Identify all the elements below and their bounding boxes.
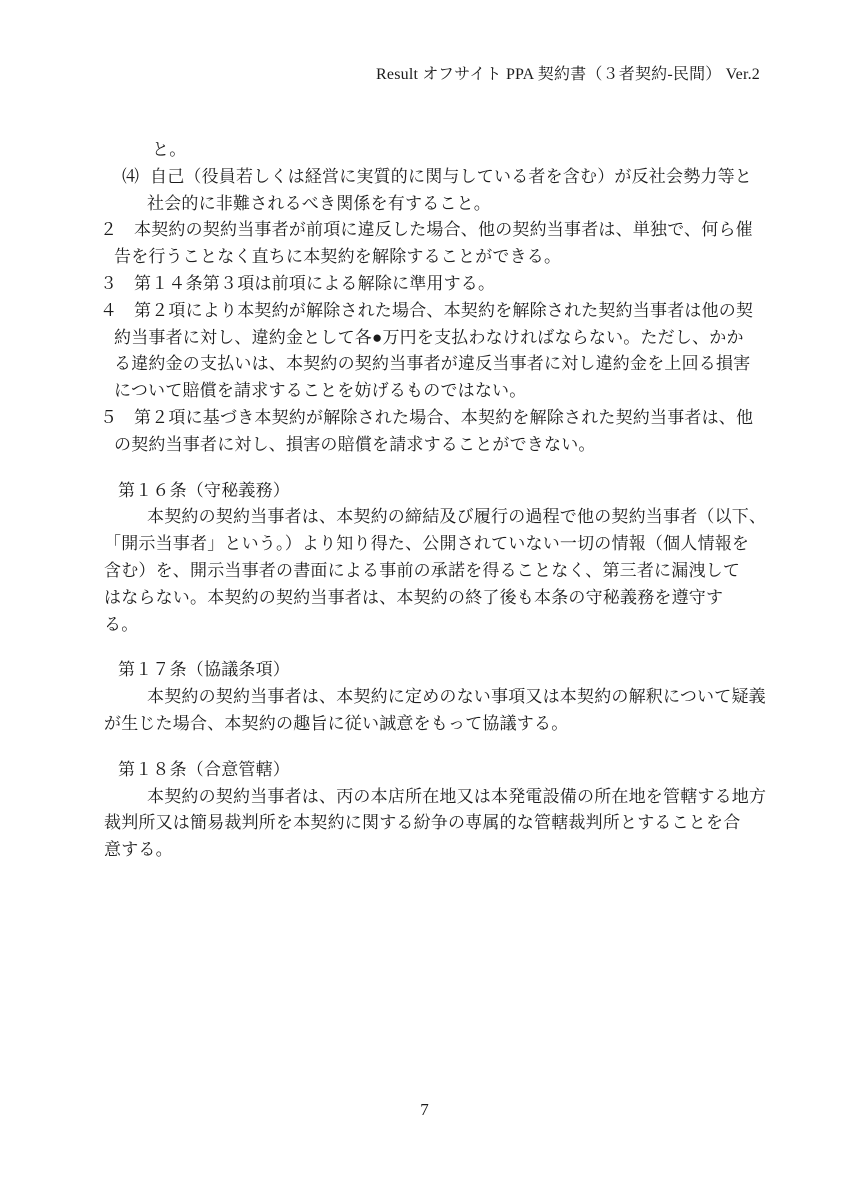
text-line: 意する。 [100, 837, 800, 864]
text-line: が生じた場合、本契約の趣旨に従い誠意をもって協議する。 [100, 711, 800, 738]
line-text: 告を行うことなく直ちに本契約を解除することができる。 [114, 247, 561, 266]
line-text: る違約金の支払いは、本契約の契約当事者が違反当事者に対し違約金を上回る損害 [114, 354, 750, 373]
document-body: と。⑷自己（役員若しくは経営に実質的に関与している者を含む）が反社会勢力等と社会… [100, 137, 800, 864]
line-text: 第２項に基づき本契約が解除された場合、本契約を解除された契約当事者は、他 [134, 408, 753, 427]
item-number: ⑷ [122, 164, 150, 191]
document-page: Result オフサイト PPA 契約書（３者契約-民間） Ver.2 と。⑷自… [0, 0, 849, 1200]
line-text: 約当事者に対し、違約金として各●万円を支払わなければならない。ただし、かか [114, 328, 744, 347]
text-line: と。 [100, 137, 800, 164]
text-line: 社会的に非難されるべき関係を有すること。 [100, 191, 800, 218]
text-line: はならない。本契約の契約当事者は、本契約の終了後も本条の守秘義務を遵守す [100, 585, 800, 612]
line-text: 自己（役員若しくは経営に実質的に関与している者を含む）が反社会勢力等と [150, 167, 752, 186]
text-line: 本契約の契約当事者は、丙の本店所在地又は本発電設備の所在地を管轄する地方 [100, 784, 800, 811]
text-line: 「開示当事者」という。）より知り得た、公開されていない一切の情報（個人情報を [100, 531, 800, 558]
document-header-title: Result オフサイト PPA 契約書（３者契約-民間） Ver.2 [0, 61, 760, 84]
line-text: の契約当事者に対し、損害の賠償を請求することができない。 [114, 435, 596, 454]
text-line: 本契約の契約当事者は、本契約に定めのない事項又は本契約の解釈について疑義 [100, 684, 800, 711]
line-text: 社会的に非難されるべき関係を有すること。 [147, 194, 491, 213]
line-text: 裁判所又は簡易裁判所を本契約に関する紛争の専属的な管轄裁判所とすることを合 [104, 813, 740, 832]
text-line: ４第２項により本契約が解除された場合、本契約を解除された契約当事者は他の契 [100, 298, 800, 325]
line-text: 本契約の契約当事者が前項に違反した場合、他の契約当事者は、単独で、何ら催 [134, 220, 753, 239]
text-line: ５第２項に基づき本契約が解除された場合、本契約を解除された契約当事者は、他 [100, 405, 800, 432]
line-text: 本契約の契約当事者は、本契約に定めのない事項又は本契約の解釈について疑義 [147, 687, 766, 706]
text-line: の契約当事者に対し、損害の賠償を請求することができない。 [100, 432, 800, 459]
line-text: について賠償を請求することを妨げるものではない。 [114, 381, 526, 400]
article-title: 第１６条（守秘義務） [100, 478, 800, 505]
line-text: 意する。 [104, 840, 173, 859]
article-title: 第１８条（合意管轄） [100, 757, 800, 784]
item-number: ４ [100, 298, 134, 325]
line-text: が生じた場合、本契約の趣旨に従い誠意をもって協議する。 [104, 714, 568, 733]
clause-15-continuation: と。⑷自己（役員若しくは経営に実質的に関与している者を含む）が反社会勢力等と社会… [100, 137, 800, 459]
text-line: る違約金の支払いは、本契約の契約当事者が違反当事者に対し違約金を上回る損害 [100, 351, 800, 378]
text-line: る。 [100, 612, 800, 639]
item-number: ２ [100, 217, 134, 244]
article-17-consultation: 第１７条（協議条項）本契約の契約当事者は、本契約に定めのない事項又は本契約の解釈… [100, 657, 800, 737]
item-number: ３ [100, 271, 134, 298]
text-line: ⑷自己（役員若しくは経営に実質的に関与している者を含む）が反社会勢力等と [100, 164, 800, 191]
text-line: 本契約の契約当事者は、本契約の締結及び履行の過程で他の契約当事者（以下、 [100, 504, 800, 531]
line-text: と。 [152, 140, 186, 159]
text-line: 含む）を、開示当事者の書面による事前の承諾を得ることなく、第三者に漏洩して [100, 558, 800, 585]
text-line: ２本契約の契約当事者が前項に違反した場合、他の契約当事者は、単独で、何ら催 [100, 217, 800, 244]
item-number: ５ [100, 405, 134, 432]
line-text: 本契約の契約当事者は、本契約の締結及び履行の過程で他の契約当事者（以下、 [147, 507, 766, 526]
page-number: 7 [0, 1100, 849, 1120]
line-text: 含む）を、開示当事者の書面による事前の承諾を得ることなく、第三者に漏洩して [104, 561, 740, 580]
line-text: 「開示当事者」という。）より知り得た、公開されていない一切の情報（個人情報を [104, 534, 749, 553]
line-text: はならない。本契約の契約当事者は、本契約の終了後も本条の守秘義務を遵守す [104, 588, 723, 607]
article-title: 第１７条（協議条項） [100, 657, 800, 684]
text-line: 約当事者に対し、違約金として各●万円を支払わなければならない。ただし、かか [100, 325, 800, 352]
line-text: 第２項により本契約が解除された場合、本契約を解除された契約当事者は他の契 [134, 301, 753, 320]
text-line: ３第１４条第３項は前項による解除に準用する。 [100, 271, 800, 298]
text-line: について賠償を請求することを妨げるものではない。 [100, 378, 800, 405]
line-text: る。 [104, 615, 138, 634]
line-text: 本契約の契約当事者は、丙の本店所在地又は本発電設備の所在地を管轄する地方 [147, 787, 766, 806]
text-line: 裁判所又は簡易裁判所を本契約に関する紛争の専属的な管轄裁判所とすることを合 [100, 810, 800, 837]
text-line: 告を行うことなく直ちに本契約を解除することができる。 [100, 244, 800, 271]
article-18-jurisdiction: 第１８条（合意管轄）本契約の契約当事者は、丙の本店所在地又は本発電設備の所在地を… [100, 757, 800, 864]
article-16-confidentiality: 第１６条（守秘義務）本契約の契約当事者は、本契約の締結及び履行の過程で他の契約当… [100, 478, 800, 639]
line-text: 第１４条第３項は前項による解除に準用する。 [134, 274, 495, 293]
